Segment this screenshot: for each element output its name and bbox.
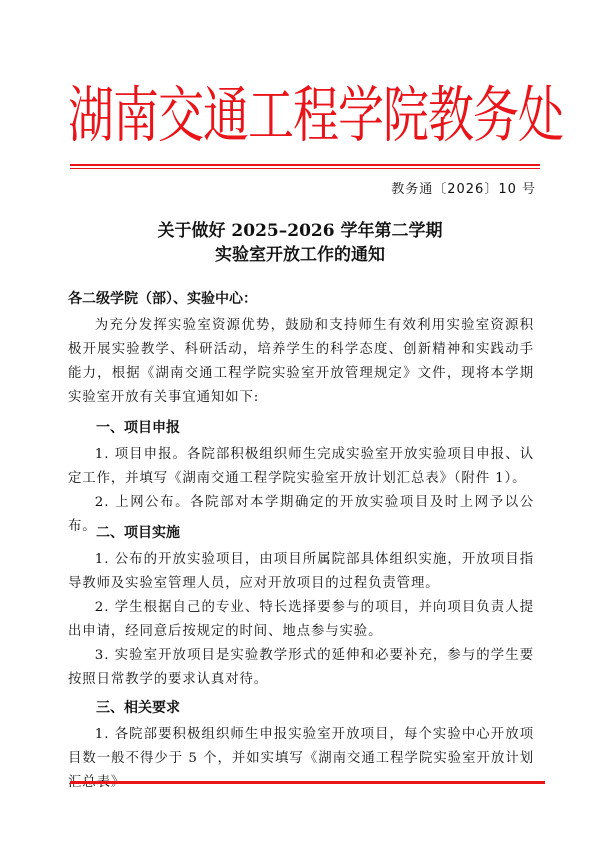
- document-title-line1: 关于做好 2025–2026 学年第二学期: [0, 216, 600, 241]
- masthead-char: 工: [248, 74, 293, 156]
- masthead-char: 通: [203, 74, 248, 156]
- section-heading-1: 一、项目申报: [96, 417, 180, 437]
- masthead-char: 院: [383, 74, 428, 156]
- header-divider: [70, 164, 540, 166]
- section-3-item-1: 1. 各院部要积极组织师生申报实验室开放项目，每个实验中心开放项目数一般不得少于…: [68, 723, 534, 795]
- masthead-char: 程: [293, 74, 338, 156]
- masthead-char: 务: [473, 74, 518, 156]
- section-2-item-1: 1. 公布的开放实验项目，由项目所属院部具体组织实施，开放项目指导教师及实验室管…: [68, 548, 534, 596]
- masthead-char: 教: [428, 74, 473, 156]
- masthead-char: 南: [113, 74, 158, 156]
- masthead-char: 处: [518, 74, 563, 156]
- section-heading-2: 二、项目实施: [96, 522, 180, 542]
- intro-paragraph: 为充分发挥实验室资源优势，鼓励和支持师生有效利用实验室资源积极开展实验教学、科研…: [68, 314, 534, 410]
- masthead: 湖 南 交 通 工 程 学 院 教 务 处: [68, 84, 540, 156]
- masthead-char: 学: [338, 74, 383, 156]
- section-2-item-2: 2. 学生根据自己的专业、特长选择要参与的项目，并向项目负责人提出申请，经同意后…: [68, 596, 534, 644]
- footer-divider: [70, 781, 545, 784]
- section-1-item-1: 1. 项目申报。各院部积极组织师生完成实验室开放实验项目申报、认定工作，并填写《…: [68, 443, 534, 491]
- document-title-line2: 实验室开放工作的通知: [0, 240, 600, 265]
- masthead-char: 交: [158, 74, 203, 156]
- section-heading-3: 三、相关要求: [96, 697, 180, 717]
- document-number: 教务通〔2026〕10 号: [391, 178, 536, 197]
- salutation: 各二级学院（部）、实验中心：: [68, 288, 257, 308]
- section-2-item-3: 3. 实验室开放项目是实验教学形式的延伸和必要补充，参与的学生要按照日常教学的要…: [68, 644, 534, 692]
- header-divider-thin: [70, 168, 540, 169]
- masthead-char: 湖: [68, 74, 113, 156]
